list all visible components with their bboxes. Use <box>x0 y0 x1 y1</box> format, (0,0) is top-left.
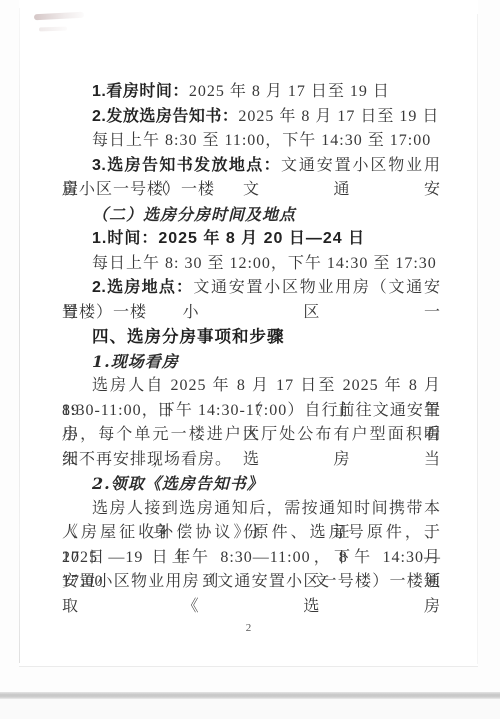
line-text: 1.现场看房 <box>92 352 179 371</box>
doc-line-daily-hours-2: 每日上午 8: 30 至 12:00，下午 14:30 至 17:30 <box>62 252 441 277</box>
doc-line-notice-location: 3.选房告知书发放地点：文通安置小区物业用房（文通安 <box>62 154 441 179</box>
line-text: 每日上午 8:30 至 11:00，下午 14:30 至 17:00 <box>92 132 431 149</box>
doc-paragraph-collect-3: 17 日—19 日上午 8:30—11:00，下午 14:30—17:00 到文… <box>62 546 441 571</box>
scanner-background <box>0 699 500 719</box>
doc-paragraph-viewing-3: 房，每个单元一楼进户大厅处公布有户型面积明细，选房当 <box>62 423 441 448</box>
page-right-edge <box>477 14 478 664</box>
doc-paragraph-collect-1: 选房人接到选房通知后，需按通知时间携带本人身份证、 <box>62 497 441 522</box>
page-number: 2 <box>19 622 478 638</box>
document-page: 1.看房时间：2025 年 8 月 17 日至 19 日 2.发放选房告知书：2… <box>19 0 478 667</box>
line-text: （二）选房分房时间及地点 <box>92 205 296 224</box>
line-label: 1.看房时间： <box>92 83 189 100</box>
line-text: 天不再安排现场看房。 <box>62 451 232 468</box>
doc-heading-section-4: 四、选房分房事项和步骤 <box>62 325 441 350</box>
doc-subheading-onsite-viewing: 1.现场看房 <box>62 350 441 375</box>
doc-subheading-time-place: （二）选房分房时间及地点 <box>62 203 441 228</box>
scan-smudge-mark-small <box>39 27 67 32</box>
doc-paragraph-collect-2: 《房屋征收补偿协议》原件、选房号原件，于 2025 年 8 月 <box>62 521 441 546</box>
line-text: 安置小区物业用房（文通安置小区一号楼）一楼领取《选房 <box>62 573 441 615</box>
line-text: 2025 年 8 月 17 日至 19 日 <box>238 108 439 125</box>
document-body: 1.看房时间：2025 年 8 月 17 日至 19 日 2.发放选房告知书：2… <box>62 80 441 595</box>
doc-line-viewing-time: 1.看房时间：2025 年 8 月 17 日至 19 日 <box>62 80 441 105</box>
line-text: 置小区一号楼）一楼 <box>62 181 215 198</box>
line-text: 每日上午 8: 30 至 12:00，下午 14:30 至 17:30 <box>92 255 437 272</box>
line-text: 四、选房分房事项和步骤 <box>92 328 285 346</box>
doc-paragraph-collect-4: 安置小区物业用房（文通安置小区一号楼）一楼领取《选房 <box>62 570 441 595</box>
doc-line-selection-time: 1.时间：2025 年 8 月 20 日—24 日 <box>62 227 441 252</box>
doc-subheading-collect-notice: 2.领取《选房告知书》 <box>62 472 441 497</box>
doc-line-daily-hours-1: 每日上午 8:30 至 11:00，下午 14:30 至 17:00 <box>62 129 441 154</box>
scanner-edge-band <box>0 692 500 699</box>
page-left-edge <box>19 8 20 663</box>
page-bottom-edge <box>19 666 478 667</box>
line-label: 2.选房地点： <box>92 279 193 296</box>
doc-line-selection-place: 2.选房地点：文通安置小区物业用房（文通安置小区一 <box>62 276 441 301</box>
line-label: 2.发放选房告知书： <box>92 108 238 125</box>
doc-line-notice-issue: 2.发放选房告知书：2025 年 8 月 17 日至 19 日 <box>62 105 441 130</box>
line-text: 1.时间：2025 年 8 月 20 日—24 日 <box>92 230 365 247</box>
scan-viewport: 1.看房时间：2025 年 8 月 17 日至 19 日 2.发放选房告知书：2… <box>0 0 500 719</box>
line-text: 2.领取《选房告知书》 <box>92 474 264 493</box>
line-text: 2025 年 8 月 17 日至 19 日 <box>189 83 390 100</box>
scan-smudge-mark <box>34 12 84 21</box>
line-text: 号楼）一楼 <box>62 304 147 321</box>
line-label: 3.选房告知书发放地点： <box>92 157 281 174</box>
doc-paragraph-viewing-2: 8:30-11:00，下午 14:30-17:00）自行前往文通安置小区看 <box>62 399 441 424</box>
doc-paragraph-viewing-1: 选房人自 2025 年 8 月 17 日至 2025 年 8 月 19 日（上午 <box>62 374 441 399</box>
